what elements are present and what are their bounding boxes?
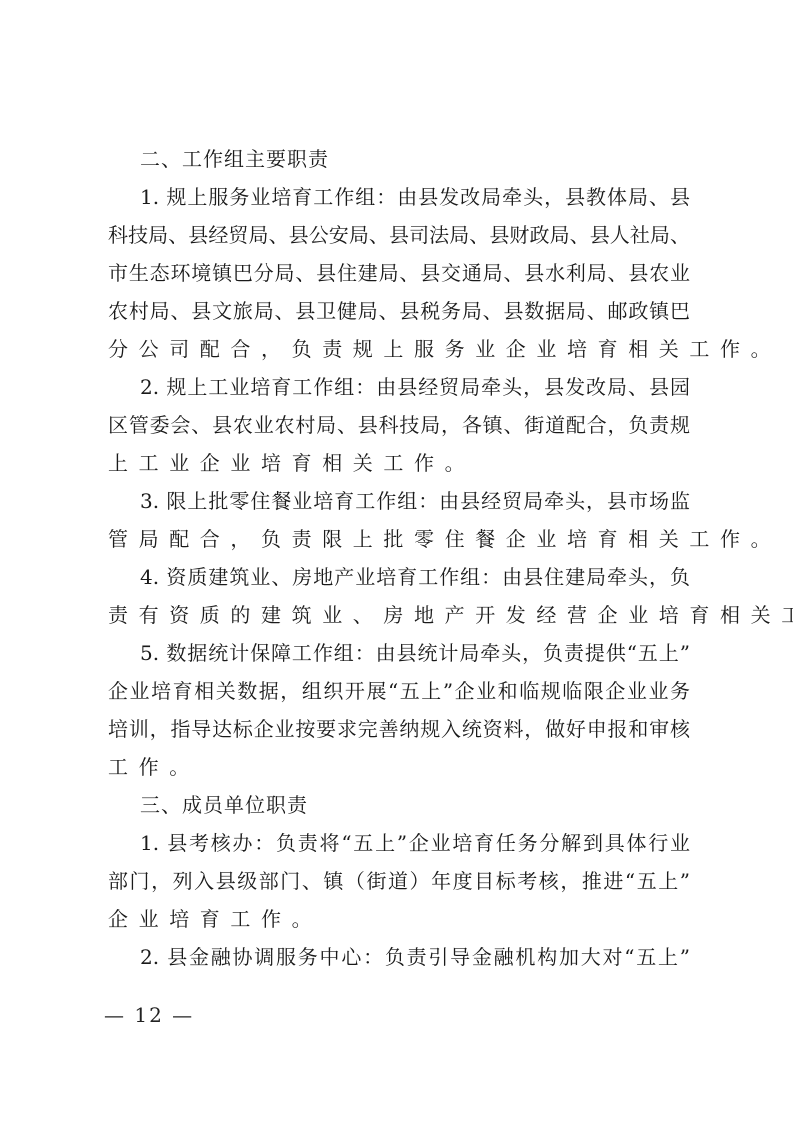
paragraph-line: 管局配合，负责限上批零住餐企业培育相关工作。: [108, 520, 690, 558]
paragraph-line: 5. 数据统计保障工作组：由县统计局牵头，负责提供“五上”: [108, 634, 690, 672]
document-body: 二、工作组主要职责 1. 规上服务业培育工作组：由县发改局牵头，县教体局、县 科…: [108, 140, 690, 976]
paragraph-s2-p5: 5. 数据统计保障工作组：由县统计局牵头，负责提供“五上” 企业培育相关数据，组…: [108, 634, 690, 786]
paragraph-line: 区管委会、县农业农村局、县科技局，各镇、街道配合，负责规: [108, 406, 690, 444]
section-heading-3: 三、成员单位职责: [108, 786, 690, 824]
paragraph-line: 上工业企业培育相关工作。: [108, 444, 690, 482]
paragraph-line: 责有资质的建筑业、房地产开发经营企业培育相关工作。: [108, 596, 690, 634]
document-page: 二、工作组主要职责 1. 规上服务业培育工作组：由县发改局牵头，县教体局、县 科…: [0, 0, 793, 1122]
section-heading-2: 二、工作组主要职责: [108, 140, 690, 178]
paragraph-line: 工作。: [108, 748, 690, 786]
paragraph-s2-p3: 3. 限上批零住餐业培育工作组：由县经贸局牵头，县市场监 管局配合，负责限上批零…: [108, 482, 690, 558]
paragraph-line: 培训，指导达标企业按要求完善纳规入统资料，做好申报和审核: [108, 710, 690, 748]
paragraph-line: 1. 县考核办：负责将“五上”企业培育任务分解到具体行业: [108, 824, 690, 862]
paragraph-s3-p1: 1. 县考核办：负责将“五上”企业培育任务分解到具体行业 部门，列入县级部门、镇…: [108, 824, 690, 938]
paragraph-line: 2. 县金融协调服务中心：负责引导金融机构加大对“五上”: [108, 938, 690, 976]
paragraph-line: 2. 规上工业培育工作组：由县经贸局牵头，县发改局、县园: [108, 368, 690, 406]
paragraph-line: 市生态环境镇巴分局、县住建局、县交通局、县水利局、县农业: [108, 254, 690, 292]
paragraph-line: 农村局、县文旅局、县卫健局、县税务局、县数据局、邮政镇巴: [108, 292, 690, 330]
paragraph-line: 企业培育工作。: [108, 900, 690, 938]
page-number: — 12 —: [104, 1003, 194, 1027]
paragraph-s2-p2: 2. 规上工业培育工作组：由县经贸局牵头，县发改局、县园 区管委会、县农业农村局…: [108, 368, 690, 482]
paragraph-line: 分公司配合，负责规上服务业企业培育相关工作。: [108, 330, 690, 368]
paragraph-s2-p1: 1. 规上服务业培育工作组：由县发改局牵头，县教体局、县 科技局、县经贸局、县公…: [108, 178, 690, 368]
paragraph-line: 企业培育相关数据，组织开展“五上”企业和临规临限企业业务: [108, 672, 690, 710]
paragraph-line: 4. 资质建筑业、房地产业培育工作组：由县住建局牵头，负: [108, 558, 690, 596]
paragraph-line: 科技局、县经贸局、县公安局、县司法局、县财政局、县人社局、: [108, 216, 690, 254]
paragraph-s2-p4: 4. 资质建筑业、房地产业培育工作组：由县住建局牵头，负 责有资质的建筑业、房地…: [108, 558, 690, 634]
paragraph-line: 1. 规上服务业培育工作组：由县发改局牵头，县教体局、县: [108, 178, 690, 216]
paragraph-line: 3. 限上批零住餐业培育工作组：由县经贸局牵头，县市场监: [108, 482, 690, 520]
paragraph-s3-p2: 2. 县金融协调服务中心：负责引导金融机构加大对“五上”: [108, 938, 690, 976]
paragraph-line: 部门，列入县级部门、镇（街道）年度目标考核，推进“五上”: [108, 862, 690, 900]
